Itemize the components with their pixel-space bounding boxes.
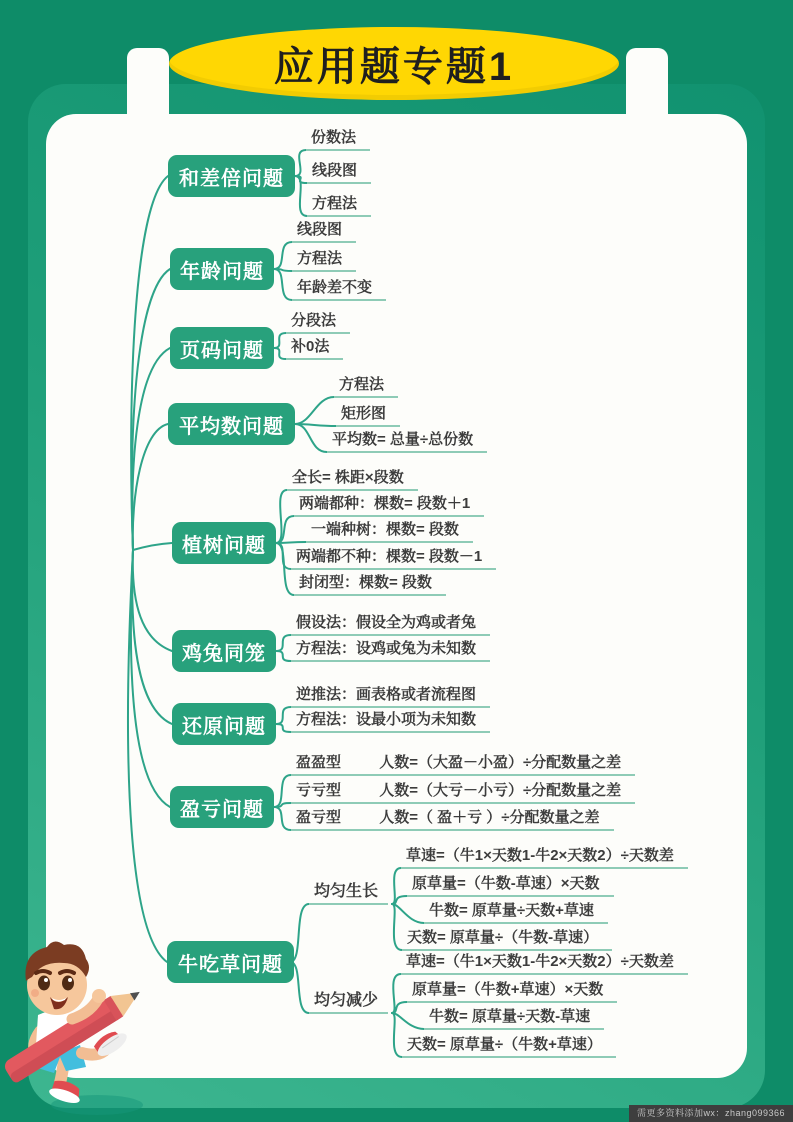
branch-leaf: 原草量=（牛数-草速）×天数 bbox=[407, 873, 614, 897]
branch-leaf: 方程法 bbox=[292, 248, 356, 272]
topic-chicken-rabbit: 鸡兔同笼 bbox=[172, 630, 276, 672]
row-formula: 人数=（大盈－小盈）÷分配数量之差 bbox=[379, 754, 621, 771]
topic-restoration: 还原问题 bbox=[172, 703, 276, 745]
mascot-hand bbox=[92, 989, 106, 1003]
row-type: 盈盈型 bbox=[296, 754, 341, 771]
branch-leaf: 平均数= 总量÷总份数 bbox=[327, 429, 487, 453]
branch-leaf: 逆推法：画表格或者流程图 bbox=[291, 684, 490, 708]
branch-leaf: 份数法 bbox=[306, 127, 370, 151]
topic-average: 平均数问题 bbox=[168, 403, 295, 445]
branch-leaf: 天数= 原草量÷（牛数-草速） bbox=[402, 927, 612, 951]
topic-age: 年龄问题 bbox=[170, 248, 274, 290]
branch-leaf: 年龄差不变 bbox=[292, 277, 386, 301]
branch-leaf: 补0法 bbox=[286, 336, 343, 360]
branch-leaf: 线段图 bbox=[292, 219, 356, 243]
branch-leaf: 两端都不种：棵数= 段数－1 bbox=[291, 546, 496, 570]
branch-leaf: 草速=（牛1×天数1-牛2×天数2）÷天数差 bbox=[401, 845, 688, 869]
mascot-eye bbox=[62, 976, 74, 991]
branch-leaf: 方程法 bbox=[334, 374, 398, 398]
branch-leaf: 全长= 株距×段数 bbox=[287, 467, 418, 491]
profit-loss-row: 盈盈型 人数=（大盈－小盈）÷分配数量之差 bbox=[291, 752, 635, 776]
branch-leaf: 牛数= 原草量÷天数-草速 bbox=[424, 1006, 604, 1030]
branch-leaf: 矩形图 bbox=[336, 403, 400, 427]
mascot-eye bbox=[38, 976, 50, 991]
row-formula: 人数=（ 盈＋亏 ）÷分配数量之差 bbox=[379, 809, 599, 826]
branch-leaf: 草速=（牛1×天数1-牛2×天数2）÷天数差 bbox=[401, 951, 688, 975]
topic-sum-difference-multiple: 和差倍问题 bbox=[168, 155, 295, 197]
row-formula: 人数=（大亏－小亏）÷分配数量之差 bbox=[379, 782, 621, 799]
subtopic-uniform-decrease: 均匀减少 bbox=[309, 990, 388, 1014]
profit-loss-row: 亏亏型 人数=（大亏－小亏）÷分配数量之差 bbox=[291, 780, 635, 804]
branch-leaf: 一端种树：棵数= 段数 bbox=[306, 519, 473, 543]
branch-leaf: 牛数= 原草量÷天数+草速 bbox=[424, 900, 608, 924]
row-type: 盈亏型 bbox=[296, 809, 341, 826]
row-type: 亏亏型 bbox=[296, 782, 341, 799]
watermark: 需更多资料添加wx：zhang099366 bbox=[629, 1105, 793, 1122]
mascot-boy-pencil-illustration bbox=[2, 933, 187, 1122]
topic-page-number: 页码问题 bbox=[170, 327, 274, 369]
mascot-back-shoe bbox=[48, 1077, 84, 1105]
branch-leaf: 方程法：设最小项为未知数 bbox=[291, 709, 490, 733]
branch-leaf: 原草量=（牛数+草速）×天数 bbox=[407, 979, 617, 1003]
subtopic-uniform-growth: 均匀生长 bbox=[309, 881, 388, 905]
branch-leaf: 方程法：设鸡或兔为未知数 bbox=[291, 638, 490, 662]
branch-leaf: 假设法：假设全为鸡或者兔 bbox=[291, 612, 490, 636]
branch-leaf: 封闭型：棵数= 段数 bbox=[294, 572, 446, 596]
page-title: 应用题专题1 bbox=[274, 35, 514, 92]
branch-leaf: 分段法 bbox=[286, 310, 350, 334]
branch-leaf: 天数= 原草量÷（牛数+草速） bbox=[402, 1034, 616, 1058]
title-banner: 应用题专题1 bbox=[169, 27, 619, 100]
branch-leaf: 线段图 bbox=[307, 160, 371, 184]
topic-tree-planting: 植树问题 bbox=[172, 522, 276, 564]
topic-profit-loss: 盈亏问题 bbox=[170, 786, 274, 828]
branch-leaf: 两端都种：棵数= 段数＋1 bbox=[294, 493, 484, 517]
branch-leaf: 方程法 bbox=[307, 193, 371, 217]
profit-loss-row: 盈亏型 人数=（ 盈＋亏 ）÷分配数量之差 bbox=[291, 807, 614, 831]
